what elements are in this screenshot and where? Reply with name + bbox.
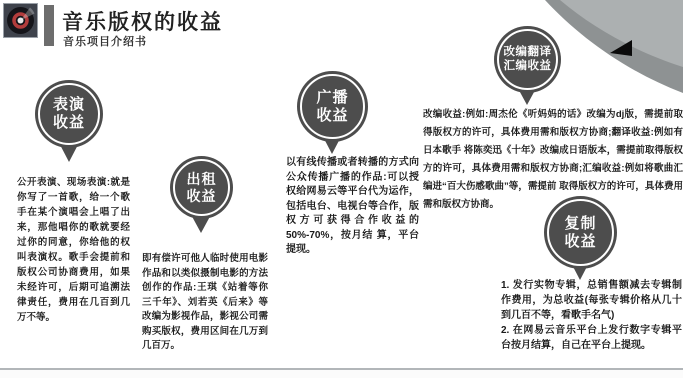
page-subtitle: 音乐项目介绍书 xyxy=(63,33,147,49)
pin-circle: 出租收益 xyxy=(170,156,233,219)
text-rental-income: 即有偿许可他人临时使用电影作品和以类似摄制电影的方法创作的作品:王琪《站着等你三… xyxy=(142,252,268,354)
text-broadcast-income: 以有线传播或者转播的方式向公众传播广播的作品:可以授权给网易云等平台代为运作，包… xyxy=(286,156,419,258)
text-performance-income: 公开表演、现场表演:就是你写了一首歌，给一个歌手在某个演唱会上唱了出来，那他唱你… xyxy=(17,175,130,325)
title-accent-bar xyxy=(44,5,54,46)
pin-circle: 改编翻译汇编收益 xyxy=(494,26,561,93)
text-reproduction-income: 1. 发行实物专辑，总销售额减去专辑制作费用，为总收益(每张专辑价格从几十到几百… xyxy=(501,278,682,353)
badge-label: 出租收益 xyxy=(187,171,217,204)
badge-label: 表演收益 xyxy=(53,96,85,131)
badge-label: 广播收益 xyxy=(316,89,348,124)
page-title: 音乐版权的收益 xyxy=(62,6,223,36)
slide: 音乐版权的收益 音乐项目介绍书 表演收益 出租收益 广播收益 改编翻译汇编收益 … xyxy=(0,0,683,378)
pin-circle: 广播收益 xyxy=(297,71,368,142)
bottom-divider-line xyxy=(0,368,683,370)
badge-label: 改编翻译汇编收益 xyxy=(504,46,552,73)
vinyl-record-icon xyxy=(3,3,38,38)
badge-label: 复制收益 xyxy=(564,215,596,250)
text-adaptation-income: 改编收益:例如:周杰伦《听妈妈的话》改编为dj版，需提前取得版权方的许可，具体费… xyxy=(423,106,683,214)
pin-circle: 表演收益 xyxy=(35,80,103,148)
